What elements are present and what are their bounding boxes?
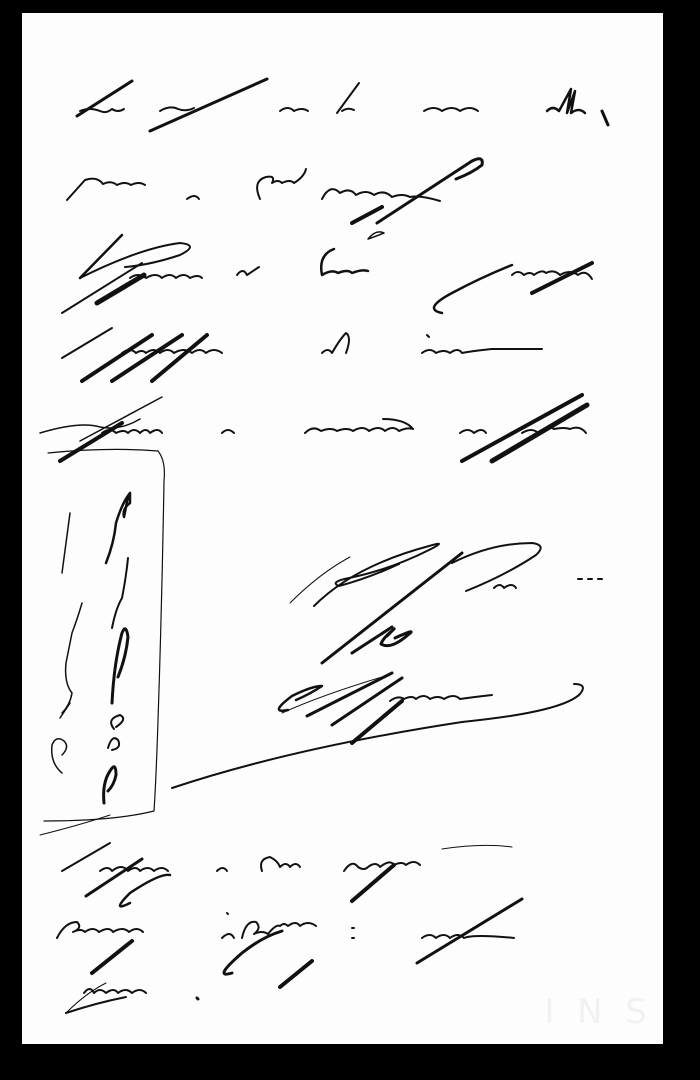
text-line-4 xyxy=(62,328,542,381)
signature xyxy=(172,543,602,788)
marginal-note xyxy=(44,449,164,821)
text-line-2 xyxy=(67,159,482,223)
letter-page: baci per me le mani alla buona e Cara Si… xyxy=(22,13,663,1044)
postscript xyxy=(40,815,522,1013)
text-line-1 xyxy=(77,79,608,131)
handwriting-strokes xyxy=(22,13,663,1044)
watermark: I N S xyxy=(544,992,653,1032)
text-line-5 xyxy=(40,395,587,461)
text-line-3 xyxy=(62,232,592,313)
